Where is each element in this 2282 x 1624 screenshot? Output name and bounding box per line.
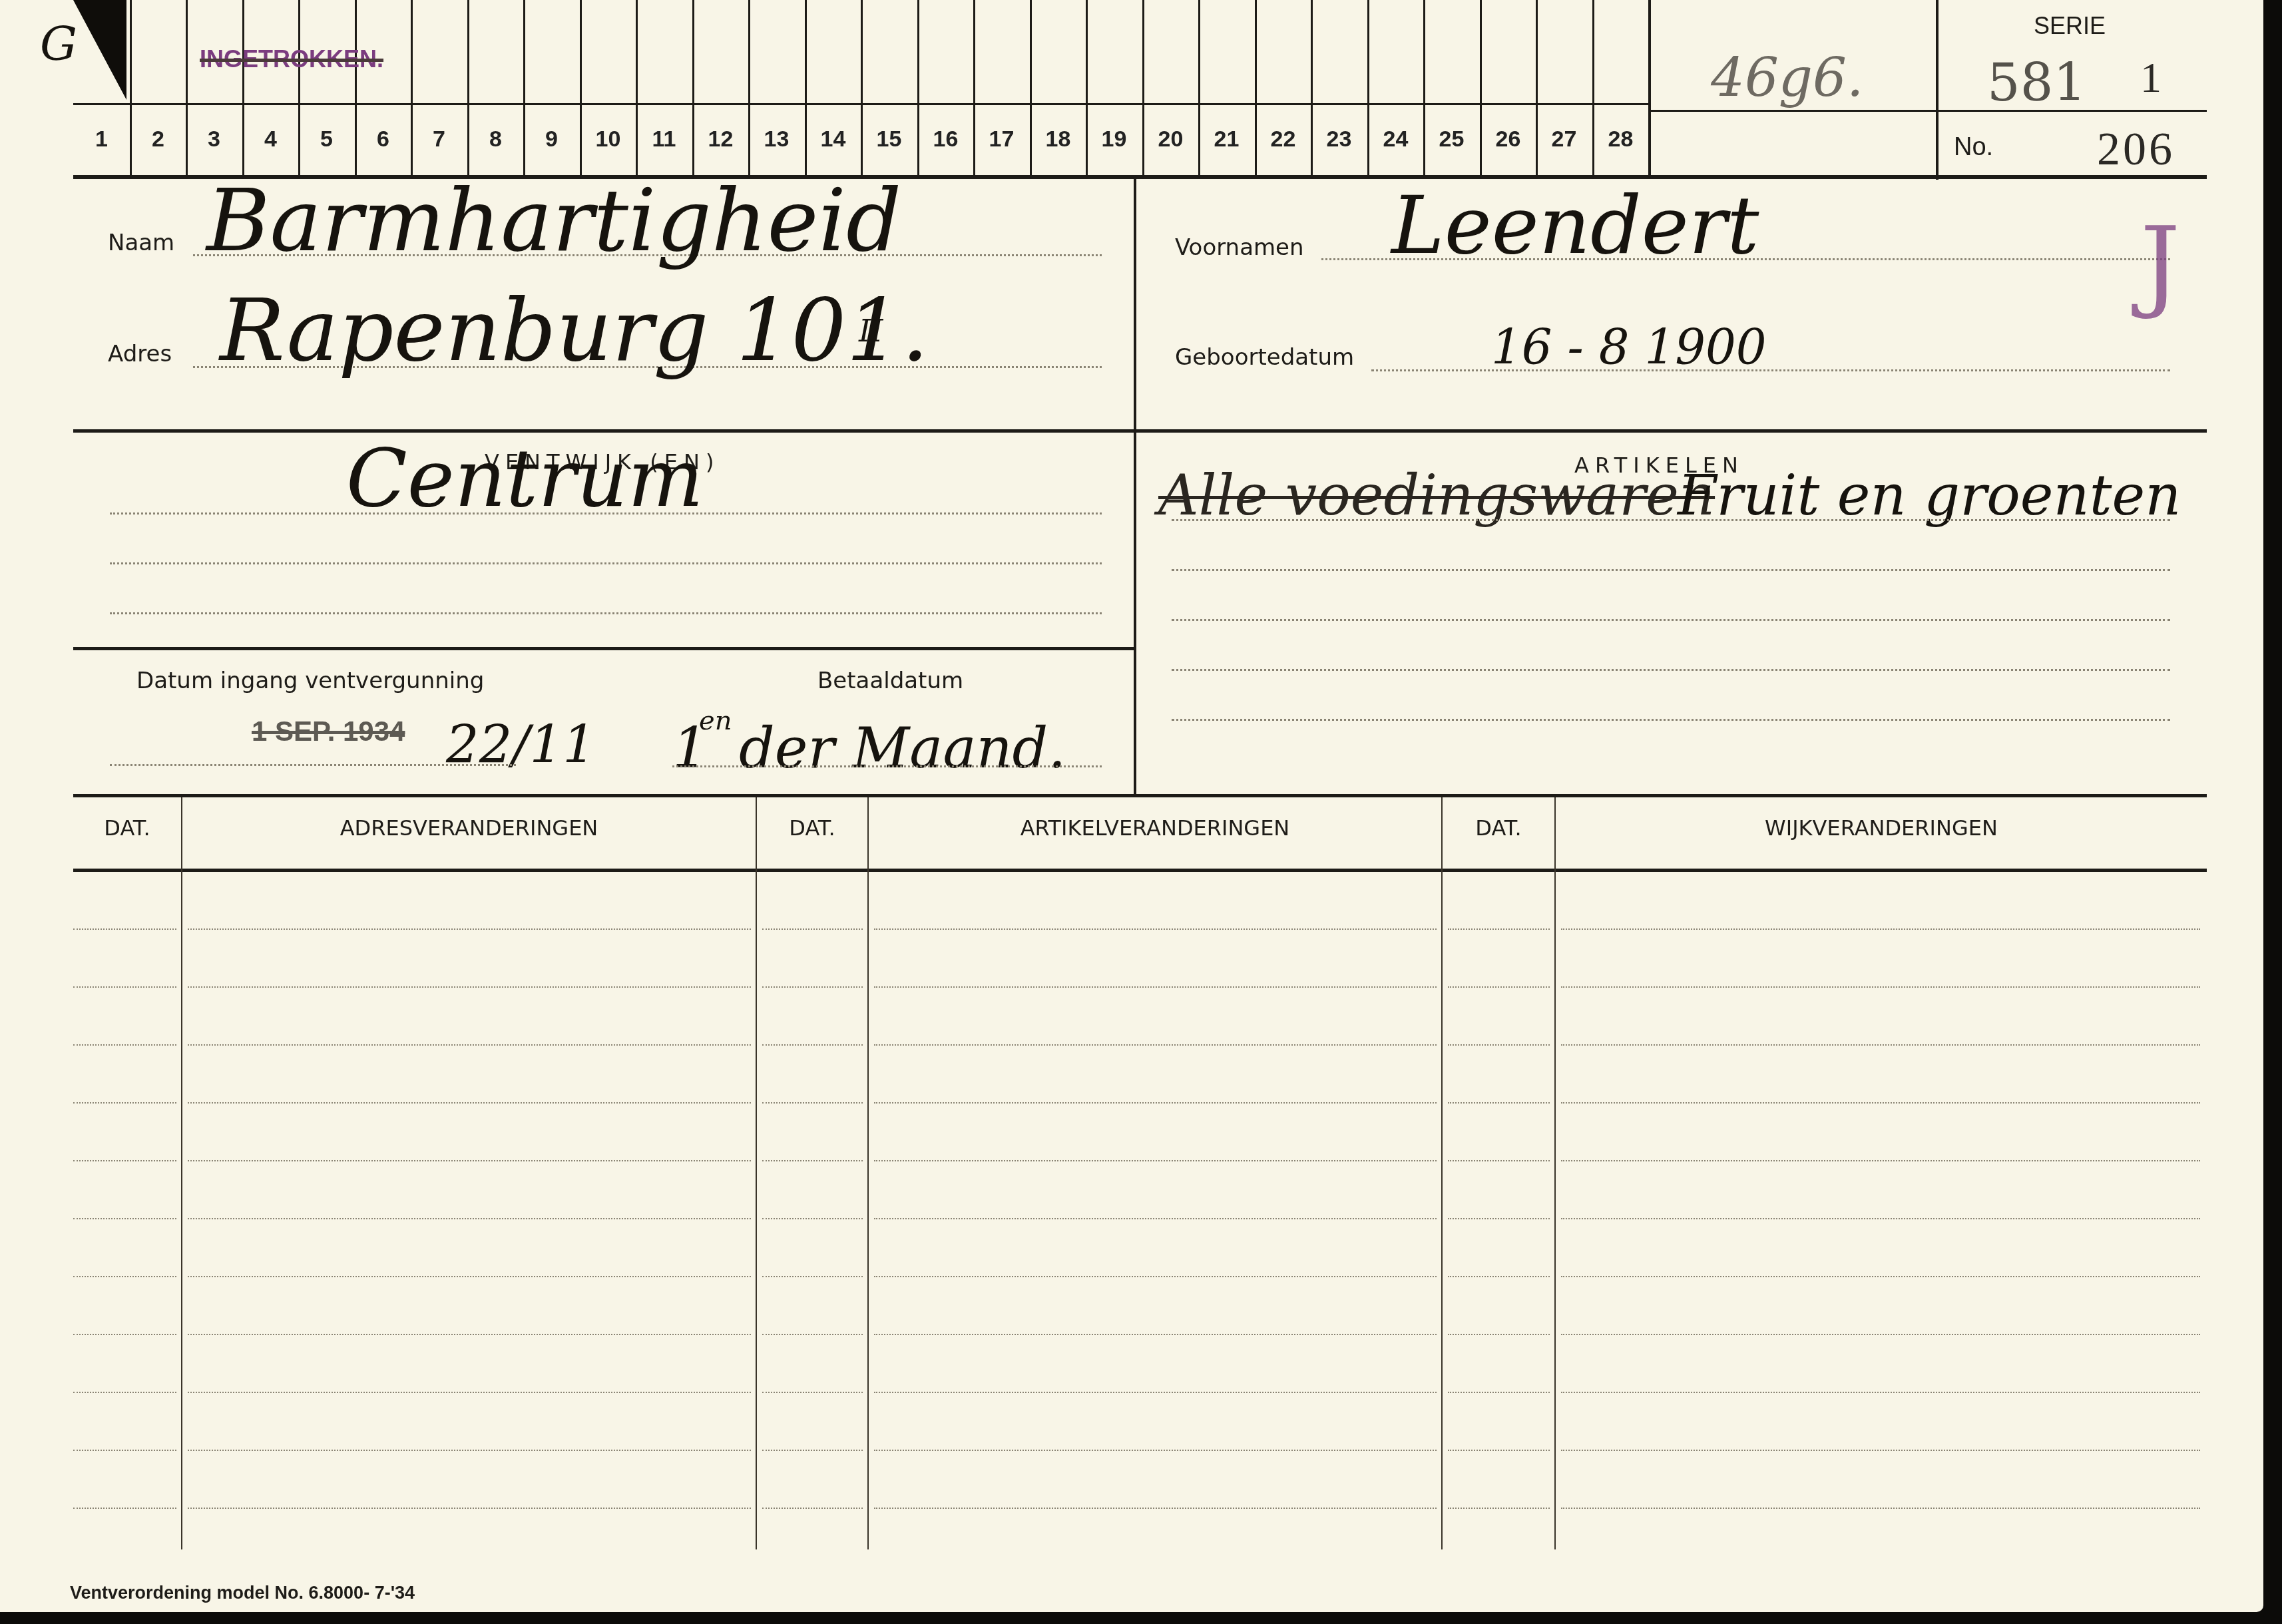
header-dat-2: DAT. [757,815,867,841]
table-row-line [188,1160,751,1161]
table-row-line [73,1392,176,1393]
column-number: 16 [917,126,974,152]
ref-box-line [1650,110,1937,112]
ventwijk-line-3 [110,612,1102,614]
table-row-line [762,1450,863,1451]
table-col-divider-5 [1554,797,1556,1549]
table-row-line [874,986,1437,988]
serie-handwritten-value: 581 [1987,53,2086,113]
adres-label: Adres [108,341,172,367]
table-row-line [1448,986,1550,988]
artikelen-line-5 [1172,719,2170,721]
table-row-line [188,1276,751,1277]
table-row-line [1561,1508,2200,1509]
table-row-line [874,1218,1437,1219]
model-footer: Ventverordening model No. 6.8000- 7-'34 [70,1583,415,1603]
table-row-line [188,1218,751,1219]
table-row-line [73,1276,176,1277]
table-col-divider-4 [1441,797,1443,1549]
artikelen-line-1 [1172,519,2170,521]
table-row-line [73,1334,176,1335]
number-label: No. [1954,133,1993,162]
section-line-vergunning [73,647,1135,650]
table-row-line [874,1160,1437,1161]
adres-floor: II [859,313,883,349]
column-number: 28 [1592,126,1649,152]
column-number: 7 [411,126,467,152]
ref-box-left-border [1648,0,1651,176]
table-row-line [73,1508,176,1509]
datum-line [110,764,516,766]
betaaldatum-label: Betaaldatum [817,668,963,694]
handwritten-ref: 46g6. [1711,47,1863,108]
table-row-line [874,1276,1437,1277]
table-row-line [762,1160,863,1161]
table-row-line [1561,1160,2200,1161]
column-number: 12 [692,126,749,152]
table-row-line [1561,1102,2200,1104]
geboortedatum-label: Geboortedatum [1175,344,1354,371]
table-row-line [73,1044,176,1046]
table-top-line [73,794,2207,797]
column-number: 21 [1198,126,1255,152]
datum-struck: 1 SEP. 1934 [252,715,405,747]
table-row-line [1561,1392,2200,1393]
voornamen-label: Voornamen [1175,234,1304,261]
table-row-line [1561,1218,2200,1219]
column-number: 17 [973,126,1030,152]
artikelen-line-2 [1172,569,2170,571]
table-row-line [1448,1102,1550,1104]
column-number: 18 [1030,126,1086,152]
datum-label: Datum ingang ventvergunning [136,668,484,694]
table-row-line [762,986,863,988]
table-col-divider-2 [756,797,757,1549]
personal-divider [1134,178,1136,431]
index-tab-notch-icon [73,0,130,103]
table-row-line [73,1218,176,1219]
table-row-line [762,1276,863,1277]
column-number: 6 [355,126,411,152]
ventwijk-divider [1134,431,1136,796]
table-row-line [1561,1276,2200,1277]
column-number: 23 [1311,126,1367,152]
table-row-line [73,1160,176,1161]
adres-value: Rapenburg 101. [220,280,929,381]
betaaldatum-line [672,765,1102,767]
column-number: 3 [186,126,242,152]
table-header-line [73,869,2207,872]
table-row-line [188,1044,751,1046]
column-number: 26 [1480,126,1536,152]
table-row-line [762,928,863,930]
corner-mark: G [40,17,77,71]
column-number: 20 [1142,126,1199,152]
table-row-line [1448,1160,1550,1161]
ventwijk-line-2 [110,562,1102,564]
header-dat-1: DAT. [73,815,181,841]
naam-value: Barmhartigheid [206,170,901,271]
naam-label: Naam [108,230,174,256]
table-row-line [188,1102,751,1104]
table-row-line [762,1334,863,1335]
ventwijk-value: Centrum [346,433,704,525]
table-row-line [188,1334,751,1335]
table-col-divider-1 [181,797,182,1549]
voornamen-value: Leendert [1391,180,1759,272]
table-row-line [1561,1450,2200,1451]
table-row-line [1561,1334,2200,1335]
table-row-line [762,1044,863,1046]
serie-box-left-border [1936,0,1939,180]
artikelen-value: Fruit en groenten [1678,463,2181,528]
table-row-line [188,1392,751,1393]
table-row-line [1448,1218,1550,1219]
table-row-line [73,1102,176,1104]
betaaldatum-value-sup: en [699,706,732,736]
table-row-line [1448,1508,1550,1509]
table-row-line [1448,1450,1550,1451]
column-number: 1 [73,126,130,152]
table-row-line [1561,986,2200,988]
table-row-line [762,1102,863,1104]
column-number: 22 [1255,126,1311,152]
column-number: 10 [580,126,636,152]
table-row-line [188,928,751,930]
table-row-line [73,928,176,930]
datum-value: 22/11 [446,715,596,775]
column-number: 9 [523,126,580,152]
table-row-line [73,986,176,988]
column-number: 14 [805,126,861,152]
table-row-line [874,1102,1437,1104]
header-artikelveranderingen: ARTIKELVERANDERINGEN [869,815,1441,841]
table-row-line [874,1334,1437,1335]
table-row-line [1448,928,1550,930]
table-row-line [762,1218,863,1219]
column-number: 11 [636,126,692,152]
serie-value: 1 [2140,53,2162,102]
table-row-line [1448,1044,1550,1046]
column-number: 4 [242,126,299,152]
table-row-line [73,1450,176,1451]
table-row-line [874,1450,1437,1451]
column-number: 13 [748,126,805,152]
letter-stamp: J [2140,206,2180,322]
artikelen-line-3 [1172,619,2170,621]
geboortedatum-value: 16 - 8 1900 [1491,319,1767,375]
table-row-line [188,986,751,988]
number-value: 206 [2097,123,2175,176]
column-number: 19 [1086,126,1142,152]
table-row-line [874,1508,1437,1509]
table-row-line [188,1450,751,1451]
column-number: 8 [467,126,524,152]
ventwijk-line-1 [110,512,1102,514]
table-row-line [1561,1044,2200,1046]
artikelen-struck-value: Alle voedingswaren [1158,463,1715,528]
stamp-withdrawn: INGETROKKEN. [200,45,383,73]
table-col-divider-3 [867,797,869,1549]
table-row-line [1448,1392,1550,1393]
table-row-line [1448,1334,1550,1335]
column-number: 24 [1367,126,1424,152]
column-number: 2 [130,126,186,152]
table-row-line [874,1044,1437,1046]
vendor-registration-card: G 12345678910111213141516171819202122232… [0,0,2263,1612]
header-dat-3: DAT. [1443,815,1554,841]
header-wijkveranderingen: WIJKVERANDERINGEN [1556,815,2207,841]
table-row-line [874,928,1437,930]
header-adresveranderingen: ADRESVERANDERINGEN [182,815,756,841]
artikelen-line-4 [1172,669,2170,671]
table-row-line [188,1508,751,1509]
table-row-line [762,1508,863,1509]
table-row-line [874,1392,1437,1393]
column-number: 27 [1536,126,1592,152]
betaaldatum-value-text: der Maand. [739,715,1066,781]
table-row-line [1448,1276,1550,1277]
column-number: 25 [1423,126,1480,152]
column-number: 15 [861,126,917,152]
table-row-line [762,1392,863,1393]
table-row-line [1561,928,2200,930]
column-number: 5 [298,126,355,152]
serie-label: SERIE [2034,12,2106,40]
